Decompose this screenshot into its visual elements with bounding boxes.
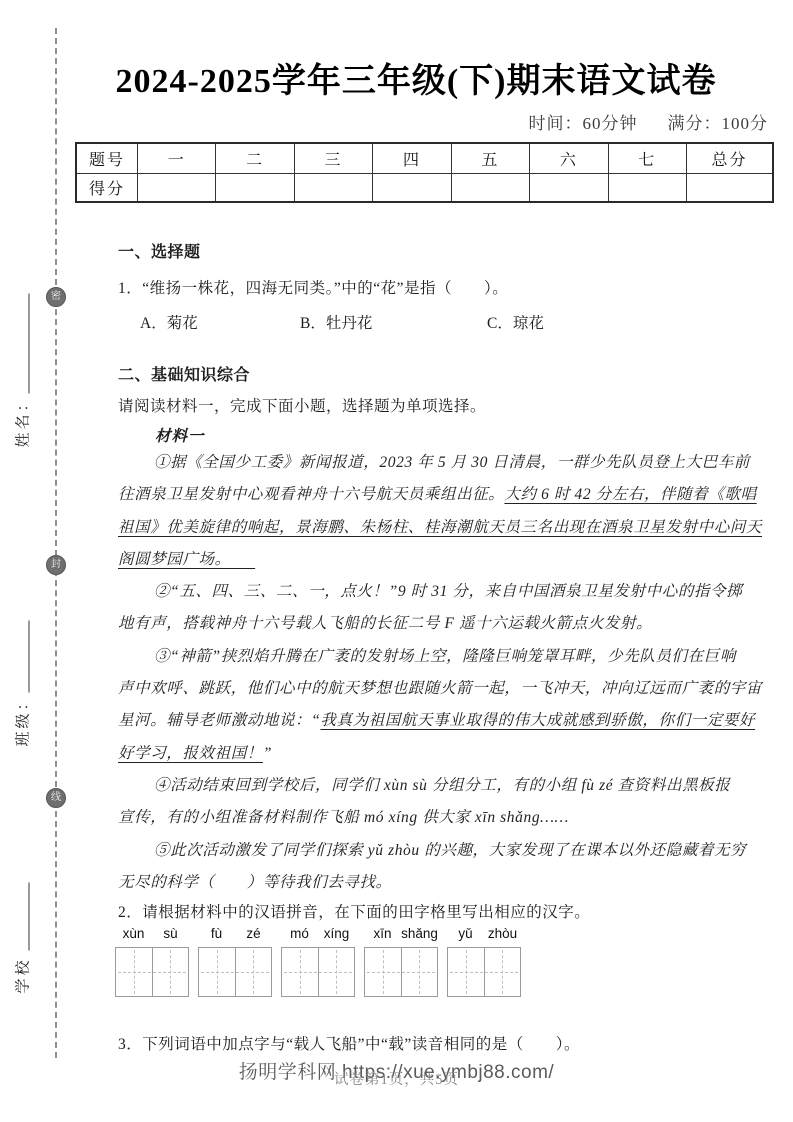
writing-cell [199,948,235,996]
material-1-text: ①据《全国少工委》新闻报道，2023 年 5 月 30 日清晨，一群少先队员登上… [118,447,774,899]
score-table: 题号一二三四五六七总分得分 [75,142,774,203]
writing-box [198,947,272,997]
underlined-text: 好学习，报效祖国！ [118,745,263,762]
question-3: 3．下列词语中加点字与“载人飞船”中“载”读音相同的是（ ）。 [118,1032,580,1054]
pinyin-group: xīnshǎng [364,926,438,997]
question-1-option-b: B．牡丹花 [300,311,372,333]
plain-text: ②“五、四、三、二、一，点火！”9 时 31 分，来自中国酒泉卫星发射中心的指令… [154,583,742,600]
underlined-text: 我真为祖国航天事业取得的伟大成就感到骄傲，你们一定要好 [320,712,755,729]
page-number-info: 试卷第1页，共5页 [0,1068,793,1089]
time-value: 60分钟 [583,114,638,133]
underlined-text: 阁圆梦园广场。 [118,551,255,568]
pinyin-label: xùn [115,926,152,947]
writing-box [364,947,438,997]
pinyin-writing-grid: xùnsùfùzémóxíngxīnshǎngyǔzhòu [115,926,521,997]
exam-meta: 时间：60分钟满分：100分 [529,109,769,134]
plain-text: 地有声，搭载神舟十六号载人飞船的长征二号 F 遥十六运载火箭点火发射。 [118,615,652,632]
question-2: 2．请根据材料中的汉语拼音，在下面的田字格里写出相应的汉字。 [118,900,590,922]
pinyin-labels: yǔzhòu [447,926,521,947]
material-line: 地有声，搭载神舟十六号载人飞船的长征二号 F 遥十六运载火箭点火发射。 [118,608,774,640]
score-table-empty-cell [137,173,215,201]
score-table-row-label: 得分 [77,173,137,201]
score-table-empty-cell [294,173,372,201]
score-table-header-cell: 六 [529,144,607,173]
score-table-header-cell: 五 [451,144,529,173]
seal-stamp-xian: 线 [46,788,66,808]
score-table-header-cell: 四 [372,144,450,173]
pinyin-labels: xīnshǎng [364,926,438,947]
score-table-empty-cell [686,173,772,201]
material-line: 往酒泉卫星发射中心观看神舟十六号航天员乘组出征。大约 6 时 42 分左右，伴随… [118,479,774,511]
material-line: 宣传，有的小组准备材料制作飞船 mó xíng 供大家 xīn shǎng…… [118,802,774,834]
question-1-option-a: A．菊花 [140,311,198,333]
class-blank-line [29,620,30,692]
exam-paper-page: 密 封 线 姓名： 班级： 学校 2024-2025学年三年级(下)期末语文试卷… [0,0,793,1122]
material-1-label: 材料一 [155,424,205,446]
score-table-empty-cell [451,173,529,201]
full-score-value: 100分 [722,114,769,133]
student-name-blank-line [29,293,30,393]
plain-text: ①据《全国少工委》新闻报道，2023 年 5 月 30 日清晨，一群少先队员登上… [154,454,750,471]
writing-cell [235,948,272,996]
writing-cell [318,948,355,996]
material-line: ②“五、四、三、二、一，点火！”9 时 31 分，来自中国酒泉卫星发射中心的指令… [118,576,774,608]
material-line: 无尽的科学（ ）等待我们去寻找。 [118,867,774,899]
pinyin-label: shǎng [401,926,438,947]
pinyin-group: fùzé [198,926,272,997]
plain-text: ⑤此次活动激发了同学们探索 yǔ zhòu 的兴趣，大家发现了在课本以外还隐藏着… [154,842,746,859]
pinyin-labels: móxíng [281,926,355,947]
section-2-heading: 二、基础知识综合 [118,362,250,385]
pinyin-label: sù [152,926,189,947]
pinyin-label: mó [281,926,318,947]
class-text: 班级： [16,692,32,746]
score-table-header-cell: 七 [608,144,686,173]
student-name-label: 姓名： [12,232,33,448]
material-line: ④活动结束回到学校后，同学们 xùn sù 分组分工，有的小组 fù zé 查资… [118,770,774,802]
writing-cell [365,948,401,996]
class-label: 班级： [12,567,33,747]
score-table-empty-cell [215,173,293,201]
section-1-heading: 一、选择题 [118,239,201,262]
seal-stamp-feng: 封 [46,555,66,575]
material-line: 祖国》优美旋律的响起，景海鹏、朱杨柱、桂海潮航天员三名出现在酒泉卫星发射中心问天 [118,512,774,544]
section-2-intro: 请阅读材料一，完成下面小题，选择题为单项选择。 [118,394,486,416]
seal-stamp-mi: 密 [46,287,66,307]
writing-box [447,947,521,997]
writing-cell [282,948,318,996]
underlined-text: 祖国》优美旋律的响起，景海鹏、朱杨柱、桂海潮航天员三名出现在酒泉卫星发射中心问天 [118,519,762,536]
pinyin-group: xùnsù [115,926,189,997]
question-1-option-c: C．琼花 [487,311,544,333]
score-table-header-cell: 总分 [686,144,772,173]
plain-text: 声中欢呼、跳跃，他们心中的航天梦想也跟随火箭一起，一飞冲天，冲向辽远而广袤的宇宙 [118,680,762,697]
pinyin-label: fù [198,926,235,947]
plain-text: ③“神箭”挟烈焰升腾在广袤的发射场上空，隆隆巨响笼罩耳畔，少先队员们在巨响 [154,648,736,665]
score-table-header-cell: 题号 [77,144,137,173]
plain-text: 宣传，有的小组准备材料制作飞船 mó xíng 供大家 xīn shǎng…… [118,809,569,826]
page-title: 2024-2025学年三年级(下)期末语文试卷 [62,53,770,102]
pinyin-labels: xùnsù [115,926,189,947]
underlined-text: 大约 6 时 42 分左右，伴随着《歌唱 [504,486,756,503]
plain-text: 往酒泉卫星发射中心观看神舟十六号航天员乘组出征。 [118,486,504,503]
pinyin-label: xīn [364,926,401,947]
pinyin-labels: fùzé [198,926,272,947]
writing-cell [116,948,152,996]
score-table-empty-cell [608,173,686,201]
material-line: 星河。辅导老师激动地说：“我真为祖国航天事业取得的伟大成就感到骄傲，你们一定要好 [118,705,774,737]
pinyin-group: yǔzhòu [447,926,521,997]
plain-text: 星河。辅导老师激动地说：“ [118,712,320,729]
school-blank-line [29,883,30,951]
score-table-header-cell: 三 [294,144,372,173]
score-table-empty-cell [529,173,607,201]
material-line: ③“神箭”挟烈焰升腾在广袤的发射场上空，隆隆巨响笼罩耳畔，少先队员们在巨响 [118,641,774,673]
seal-dashed-line [55,28,57,1058]
writing-cell [152,948,189,996]
full-score-label: 满分： [668,114,722,133]
material-line: ⑤此次活动激发了同学们探索 yǔ zhòu 的兴趣，大家发现了在课本以外还隐藏着… [118,835,774,867]
writing-box [281,947,355,997]
plain-text: ” [263,745,272,762]
pinyin-label: yǔ [447,926,484,947]
material-line: ①据《全国少工委》新闻报道，2023 年 5 月 30 日清晨，一群少先队员登上… [118,447,774,479]
writing-box [115,947,189,997]
school-label: 学校 [12,834,33,994]
writing-cell [484,948,521,996]
material-line: 阁圆梦园广场。 [118,544,774,576]
pinyin-group: móxíng [281,926,355,997]
writing-cell [448,948,484,996]
plain-text: ④活动结束回到学校后，同学们 xùn sù 分组分工，有的小组 fù zé 查资… [154,777,730,794]
plain-text: 无尽的科学（ ）等待我们去寻找。 [118,874,392,891]
score-table-header-cell: 一 [137,144,215,173]
material-line: 声中欢呼、跳跃，他们心中的航天梦想也跟随火箭一起，一飞冲天，冲向辽远而广袤的宇宙 [118,673,774,705]
school-text: 学校 [16,957,32,993]
score-table-header-cell: 二 [215,144,293,173]
student-name-text: 姓名： [16,393,32,447]
pinyin-label: zhòu [484,926,521,947]
pinyin-label: xíng [318,926,355,947]
pinyin-label: zé [235,926,272,947]
time-label: 时间： [529,114,583,133]
question-1: 1．“维扬一株花，四海无同类。”中的“花”是指（ ）。 [118,276,508,298]
score-table-empty-cell [372,173,450,201]
writing-cell [401,948,438,996]
material-line: 好学习，报效祖国！” [118,738,774,770]
